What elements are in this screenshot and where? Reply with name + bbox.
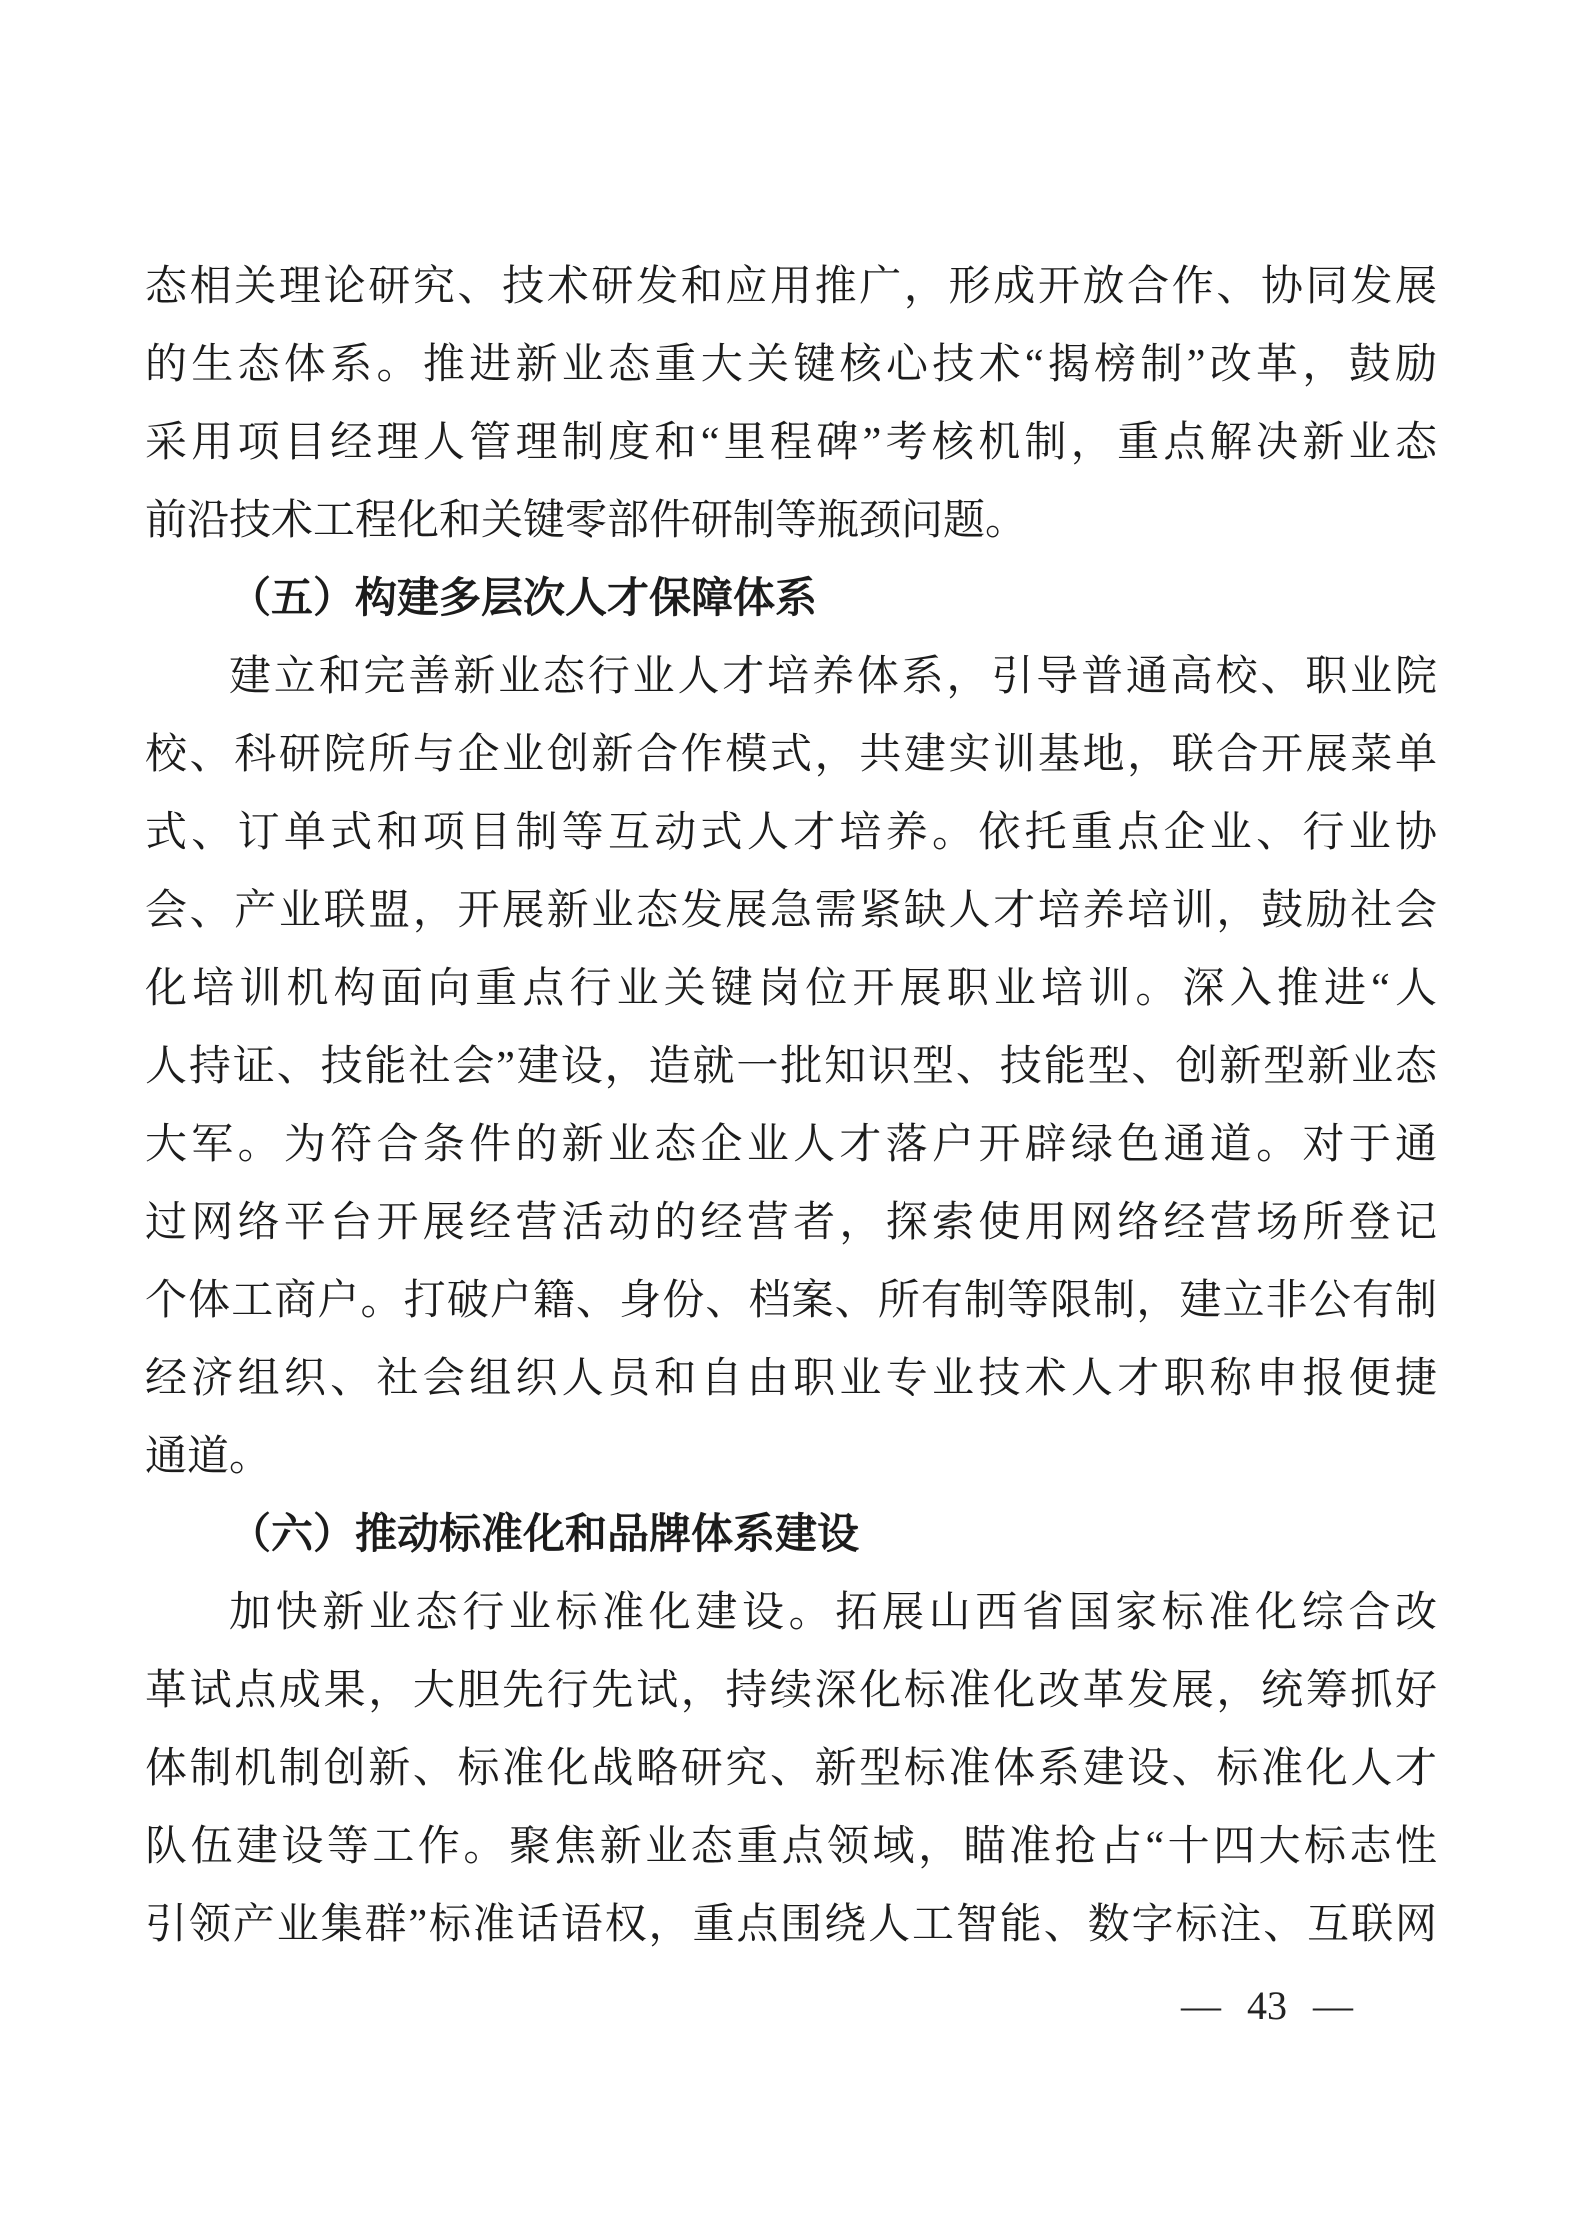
para2-line: 大军。为符合条件的新业态企业人才落户开辟绿色通道。对于通: [145, 1106, 1437, 1184]
para2-line: 校、科研院所与企业创新合作模式，共建实训基地，联合开展菜单: [145, 716, 1437, 794]
text-block: 态相关理论研究、技术研发和应用推广，形成开放合作、协同发展 的生态体系。推进新业…: [145, 248, 1437, 1964]
document-page: 态相关理论研究、技术研发和应用推广，形成开放合作、协同发展 的生态体系。推进新业…: [0, 0, 1581, 2217]
para2-line: 人持证、技能社会”建设，造就一批知识型、技能型、创新型新业态: [145, 1028, 1437, 1106]
para2-line: 化培训机构面向重点行业关键岗位开展职业培训。深入推进“人: [145, 950, 1437, 1028]
para1-line: 前沿技术工程化和关键零部件研制等瓶颈问题。: [145, 482, 1437, 560]
para3-line: 体制机制创新、标准化战略研究、新型标准体系建设、标准化人才: [145, 1730, 1437, 1808]
page-number: 43: [1247, 1982, 1287, 2030]
footer-dash-left: —: [1181, 1982, 1221, 2030]
section-heading-5: （五）构建多层次人才保障体系: [145, 560, 1437, 638]
footer-dash-right: —: [1313, 1982, 1353, 2030]
para2-line: 过网络平台开展经营活动的经营者，探索使用网络经营场所登记: [145, 1184, 1437, 1262]
para3-line: 革试点成果，大胆先行先试，持续深化标准化改革发展，统筹抓好: [145, 1652, 1437, 1730]
para1-line: 的生态体系。推进新业态重大关键核心技术“揭榜制”改革，鼓励: [145, 326, 1437, 404]
para3-line: 加快新业态行业标准化建设。拓展山西省国家标准化综合改: [145, 1574, 1437, 1652]
para2-line: 经济组织、社会组织人员和自由职业专业技术人才职称申报便捷: [145, 1340, 1437, 1418]
para2-line: 式、订单式和项目制等互动式人才培养。依托重点企业、行业协: [145, 794, 1437, 872]
para2-line: 会、产业联盟，开展新业态发展急需紧缺人才培养培训，鼓励社会: [145, 872, 1437, 950]
para3-line: 队伍建设等工作。聚焦新业态重点领域，瞄准抢占“十四大标志性: [145, 1808, 1437, 1886]
para3-line: 引领产业集群”标准话语权，重点围绕人工智能、数字标注、互联网: [145, 1886, 1437, 1964]
para1-line: 态相关理论研究、技术研发和应用推广，形成开放合作、协同发展: [145, 248, 1437, 326]
page-footer: —43—: [1181, 1982, 1353, 2030]
para2-line: 建立和完善新业态行业人才培养体系，引导普通高校、职业院: [145, 638, 1437, 716]
para2-line: 个体工商户。打破户籍、身份、档案、所有制等限制，建立非公有制: [145, 1262, 1437, 1340]
section-heading-6: （六）推动标准化和品牌体系建设: [145, 1496, 1437, 1574]
para2-line: 通道。: [145, 1418, 1437, 1496]
para1-line: 采用项目经理人管理制度和“里程碑”考核机制，重点解决新业态: [145, 404, 1437, 482]
